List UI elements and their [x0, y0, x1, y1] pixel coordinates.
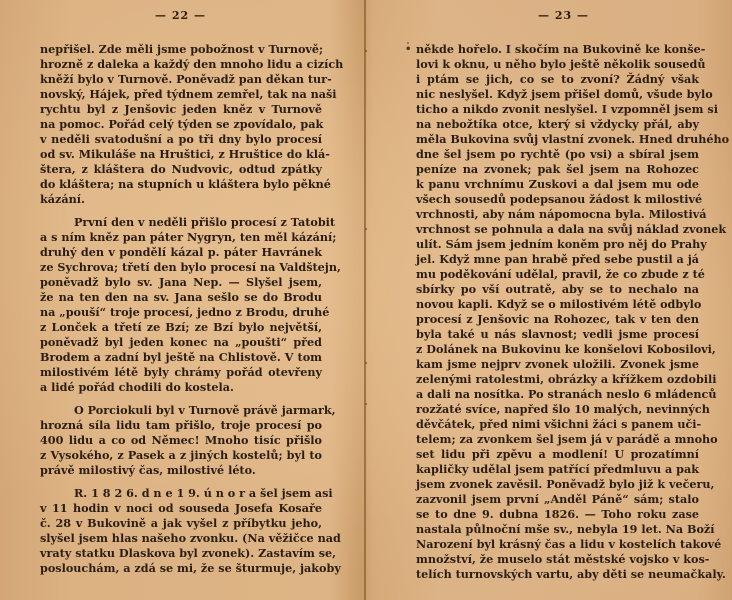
- text-line: rychtu byl z Jenšovic jeden kněz v Turno…: [40, 102, 322, 117]
- text-line: poněvadž bylo sv. Jana Nep. — Slyšel jse…: [40, 275, 322, 290]
- text-line: vraty statku Dlaskova byl zvonek). Zasta…: [40, 546, 322, 561]
- text-line: č. 28 v Bukovině a jak vyšel z příbytku …: [40, 516, 322, 531]
- text-line: zelenými ratolestmi, obrázky a křížkem o…: [416, 372, 699, 387]
- text-line: někde hořelo. I skočím na Bukovině ke ko…: [416, 42, 699, 57]
- text-line: vrchnost se pohnula a dala na svůj nákla…: [416, 222, 699, 237]
- text-line: O Porciokuli byl v Turnově právě jarmark…: [40, 403, 322, 418]
- text-line: a dali na nosítka. Po stranách neslo 6 m…: [416, 387, 699, 402]
- left-page: — 22 — nepřišel. Zde měli jsme pobožnost…: [0, 0, 364, 600]
- text-line: První den v neděli přišlo procesí z Tato…: [40, 215, 322, 230]
- text-line: set lidu při zpěvu a modlení! U prozatím…: [416, 447, 699, 462]
- text-line: z Lonček a třetí ze Bzí; ze Bzí bylo nej…: [40, 320, 322, 335]
- text-line: novou kapli. Když se o milostivém létě o…: [416, 297, 699, 312]
- text-line: nastala půlnoční mše sv., nebyla 19 let.…: [416, 522, 699, 537]
- page-number-right: — 23 —: [538, 9, 589, 22]
- text-line: měla Bukovina svůj vlastní zvonek. Hned …: [416, 132, 699, 147]
- paragraph: nepřišel. Zde měli jsme pobožnost v Turn…: [40, 42, 322, 207]
- text-line: hrozná síla lidu tam přišlo, troje proce…: [40, 418, 322, 433]
- text-line: slyšel jsem hlas našeho zvonku. (Na věži…: [40, 531, 322, 546]
- paragraph: O Porciokuli byl v Turnově právě jarmark…: [40, 403, 322, 478]
- text-line: od sv. Mikuláše na Hruštici, z Hruštice …: [40, 147, 322, 162]
- text-line: štera, z kláštera do Nudvovic, odtud zpá…: [40, 162, 322, 177]
- text-line: R. 1 8 2 6. d n e 1 9. ú n o r a šel jse…: [40, 486, 322, 501]
- text-line: k panu vrchnímu Zuskovi a dal jsem mu od…: [416, 177, 699, 192]
- text-line: na nebožtíka otce, který si vždycky přál…: [416, 117, 699, 132]
- text-line: sbírky po vší outratě, aby se to nechalo…: [416, 282, 699, 297]
- text-line: jsem zvonek zavěsil. Poněvadž bylo již k…: [416, 477, 699, 492]
- paper-speck: [365, 50, 367, 52]
- text-line: milostivém létě byly chrámy pořád otevře…: [40, 365, 322, 380]
- text-line: druhý den v pondělí kázal p. páter Havrá…: [40, 245, 322, 260]
- text-line: nepřišel. Zde měli jsme pobožnost v Turn…: [40, 42, 322, 57]
- text-line: ulít. Sám jsem jedním koněm pro něj do P…: [416, 237, 699, 252]
- text-line: ze Sychrova; třetí den bylo procesí na V…: [40, 260, 322, 275]
- text-line: procesí z Jenšovic na Rohozec, tak v ten…: [416, 312, 699, 327]
- text-line: z Dolánek na Bukovinu ke konšelovi Kobos…: [416, 342, 699, 357]
- text-line: a lidé pořád chodili do kostela.: [40, 380, 322, 395]
- text-line: se to dne 9. dubna 1826. — Toho roku zas…: [416, 507, 699, 522]
- book-spread: — 22 — nepřišel. Zde měli jsme pobožnost…: [0, 0, 732, 600]
- text-line: telem; za zvonkem šel jsem já v parádě a…: [416, 432, 699, 447]
- text-line: jel. Když mne pan hrabě před sebe pustil…: [416, 252, 699, 267]
- text-line: kázání.: [40, 192, 322, 207]
- text-line: množství, že muselo stát městské vojsko …: [416, 552, 699, 567]
- text-line: nic neslyšel. Když jsem přišel domů, všu…: [416, 87, 699, 102]
- text-line: novský, Hájek, před týdnem zemřel, tak n…: [40, 87, 322, 102]
- text-line: na pomoc. Pořád celý týden se zpovídalo,…: [40, 117, 322, 132]
- text-line: kapličky udělal jsem patřící předmluvu a…: [416, 462, 699, 477]
- text-line: z Vysokého, z Pasek a z jiných kostelů; …: [40, 448, 322, 463]
- text-line: i ptám se jich, co se to zvoní? Žádný vš…: [416, 72, 699, 87]
- text-line: peníze na zvonek; pak šel jsem na Rohoze…: [416, 162, 699, 177]
- text-line: telích turnovských vartu, aby děti se ne…: [416, 567, 699, 582]
- page-number-left: — 22 —: [155, 9, 206, 22]
- text-line: lovi k oknu, u něho bylo ještě několik s…: [416, 57, 699, 72]
- text-line: právě milostivý čas, milostivé léto.: [40, 463, 322, 478]
- text-line: ticho a nikdo zvonit neslyšel. I vzpomně…: [416, 102, 699, 117]
- text-line: vrchnosti, aby nám nápomocna byla. Milos…: [416, 207, 699, 222]
- left-page-text: nepřišel. Zde měli jsme pobožnost v Turn…: [40, 42, 322, 576]
- paper-speck: [365, 228, 367, 230]
- text-line: v neděli svatodušní a po tři dny bylo pr…: [40, 132, 322, 147]
- paper-speck: [365, 362, 367, 364]
- text-line: mu poděkování udělal, pravil, že co zbud…: [416, 267, 699, 282]
- text-line: a s ním kněz pan páter Nygryn, ten měl k…: [40, 230, 322, 245]
- paragraph: R. 1 8 2 6. d n e 1 9. ú n o r a šel jse…: [40, 486, 322, 576]
- text-line: do kláštera; na stupních u kláštera bylo…: [40, 177, 322, 192]
- text-line: na „pouší“ troje procesí, jedno z Brodu,…: [40, 305, 322, 320]
- text-line: 400 lidu a co od Němec! Mnoho tisíc přiš…: [40, 433, 322, 448]
- margin-dot-mark: •: [405, 42, 411, 57]
- text-line: že na ten den na sv. Jana sešlo se do Br…: [40, 290, 322, 305]
- text-line: kam jsme nejprv zvonek uložili. Zvonek j…: [416, 357, 699, 372]
- text-line: kněží bylo v Turnově. Poněvadž pan děkan…: [40, 72, 322, 87]
- text-line: dne šel jsem po rychtě (po vsi) a sbíral…: [416, 147, 699, 162]
- paragraph: První den v neděli přišlo procesí z Tato…: [40, 215, 322, 395]
- right-page-text: • někde hořelo. I skočím na Bukovině ke …: [416, 42, 699, 582]
- text-line: Brodem a zadní byl ještě na Chlistově. V…: [40, 350, 322, 365]
- text-line: byla také u nás slavnost; vedli jsme pro…: [416, 327, 699, 342]
- text-line: zazvonil jsem první „Anděl Páně“ sám; st…: [416, 492, 699, 507]
- paragraph: někde hořelo. I skočím na Bukovině ke ko…: [416, 42, 699, 582]
- right-page: — 23 — • někde hořelo. I skočím na Bukov…: [366, 0, 732, 600]
- paper-speck: [365, 403, 367, 405]
- text-line: v 11 hodin v noci od souseda Josefa Kosa…: [40, 501, 322, 516]
- text-line: poslouchám, a zdá se mi, že se šturmuje,…: [40, 561, 322, 576]
- text-line: Narození byl krásný čas a lidu v kostelí…: [416, 537, 699, 552]
- text-line: rozžaté svíce, napřed šlo 10 malých, nev…: [416, 402, 699, 417]
- text-line: všech sousedů podepsanou žádost k milost…: [416, 192, 699, 207]
- text-line: děvčátek, před nimi všichni žáci s panem…: [416, 417, 699, 432]
- text-line: hrozně z daleka a každý den mnoho lidu a…: [40, 57, 322, 72]
- text-line: poněvadž byl jeden konec na „poušti“ pře…: [40, 335, 322, 350]
- paper-speck: [407, 42, 409, 44]
